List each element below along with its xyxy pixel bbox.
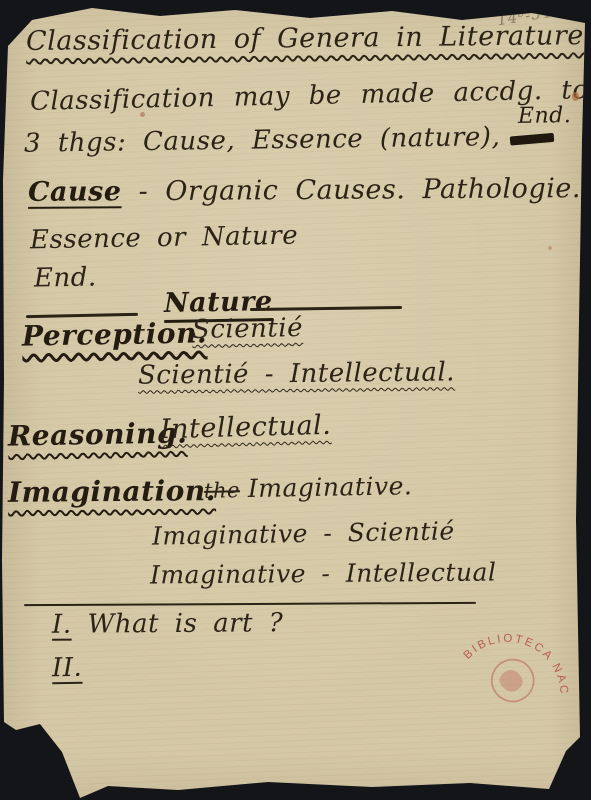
cause-line: Cause - Organic Causes. Pathologie. (28, 174, 581, 208)
reasoning-value: Intellectual. (160, 411, 332, 445)
scribbled-out-word: End. (510, 120, 562, 147)
imaginative-scientie-line: Imaginative - Scientié (152, 517, 455, 550)
stamp-emblem-blob (497, 667, 526, 695)
paper-stain (572, 92, 579, 101)
imagination-value: Imaginative. (248, 471, 413, 503)
question-1: I.What is art ? (52, 609, 283, 639)
scanned-manuscript-page: 14ᵇ-54 Classification of Genera in Liter… (0, 0, 591, 800)
intro-line-1: Classification may be made accdg. to (30, 76, 589, 116)
cause-rest: - Organic Causes. Pathologie. (138, 173, 580, 207)
struck-word: the (204, 478, 240, 503)
question-2-numeral: II. (52, 653, 83, 684)
imagination-value-line: theImaginative. (204, 472, 413, 503)
intro-line-2-text: 3 thgs: Cause, Essence (nature), (24, 122, 501, 159)
paper-stain (548, 246, 552, 250)
intro-line-2: 3 thgs: Cause, Essence (nature),End. (24, 120, 563, 158)
library-stamp: BIBLIOTECA NACIONAL (433, 581, 591, 750)
imagination-label: Imagination. (8, 476, 216, 509)
paper-sheet: 14ᵇ-54 Classification of Genera in Liter… (0, 0, 591, 800)
section-divider-rule (24, 602, 476, 606)
essence-line: Essence or Nature (30, 222, 299, 255)
imaginative-intellectual-line: Imaginative - Intellectual (150, 558, 497, 589)
perception-value: Scientié (192, 314, 303, 345)
page-title: Classification of Genera in Literature. (26, 21, 591, 57)
perception-label: Perception. (22, 318, 208, 352)
question-1-text: What is art ? (87, 608, 283, 639)
question-1-numeral: I. (52, 610, 72, 640)
ink-blot (510, 133, 555, 146)
scientie-intellectual-line: Scientié - Intellectual. (138, 358, 455, 390)
correction-word: End. (518, 104, 572, 129)
question-2: II. (52, 654, 83, 683)
end-line: End. (34, 263, 97, 293)
paper-stain (140, 112, 145, 117)
cause-label: Cause (28, 176, 122, 208)
